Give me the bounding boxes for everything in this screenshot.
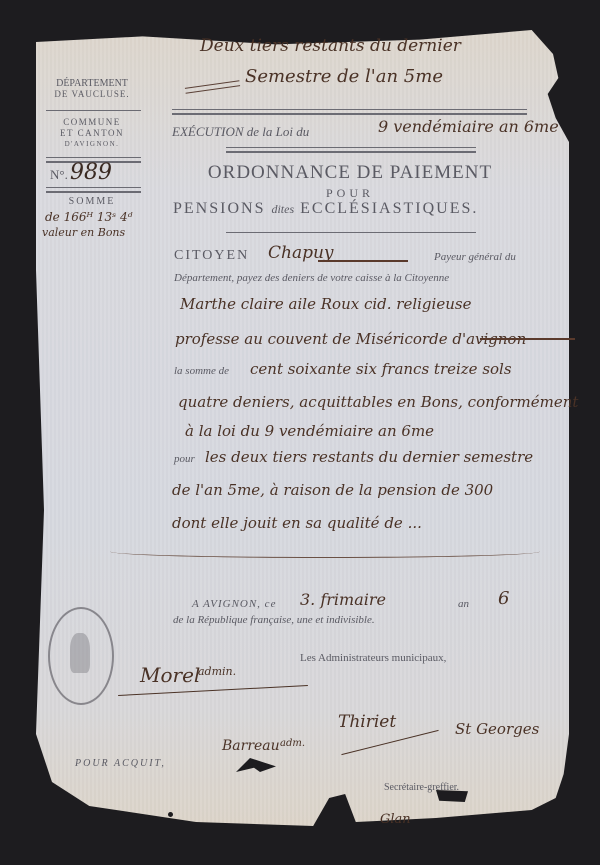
- number-label: N°.: [50, 167, 68, 183]
- body-line2: Département, payez des deniers de votre …: [174, 272, 449, 284]
- paper-hole: [168, 812, 173, 817]
- body-line5-label: la somme de: [174, 365, 229, 377]
- body-line7-handwritten: à la loi du 9 vendémiaire an 6me: [185, 422, 434, 440]
- left-divider-3: [46, 187, 141, 193]
- signature-morel-suffix: admin.: [198, 665, 236, 678]
- department-line2: DE VAUCLUSE.: [42, 89, 142, 99]
- commune-line1: COMMUNE: [42, 117, 142, 128]
- title-ecclesiastiques: ECCLÉSIASTIQUES.: [300, 200, 478, 217]
- execution-label: EXÉCUTION de la Loi du: [172, 124, 309, 140]
- somme-label: SOMME: [42, 196, 142, 207]
- signature-barreau: Barreau: [222, 738, 280, 754]
- department-line1: DÉPARTEMENT: [42, 78, 142, 89]
- place-label: A AVIGNON, ce: [192, 598, 276, 610]
- closing-flourish: [110, 545, 540, 558]
- title-divider: [226, 232, 476, 233]
- administrators-label: Les Administrateurs municipaux,: [300, 652, 446, 664]
- signature-secretary: Glan: [380, 812, 411, 827]
- number-value: 989: [70, 160, 112, 185]
- signature-st-georges: St Georges: [455, 720, 539, 738]
- an-label: an: [458, 598, 469, 610]
- year-handwritten: 6: [498, 588, 509, 609]
- title-line3: PENSIONS dites ECCLÉSIASTIQUES.: [173, 200, 478, 218]
- title-pensions: PENSIONS: [173, 200, 265, 217]
- stamp-figure-icon: [70, 633, 90, 673]
- body-line3-handwritten: Marthe claire aile Roux cid. religieuse: [180, 295, 471, 313]
- citoyen-label: CITOYEN: [174, 248, 249, 264]
- left-column: DÉPARTEMENT DE VAUCLUSE.: [42, 78, 142, 99]
- body-line5-handwritten: cent soixante six francs treize sols: [250, 360, 512, 378]
- signature-barreau-suffix: adm.: [280, 738, 305, 749]
- commune-line3: D'AVIGNON.: [42, 139, 142, 150]
- body-line9-handwritten: de l'an 5me, à raison de la pension de 3…: [172, 481, 493, 499]
- title-line1: ORDONNANCE DE PAIEMENT: [185, 162, 515, 184]
- republic-line: de la République française, une et indiv…: [173, 614, 375, 626]
- signature-thiriet: Thiriet: [338, 712, 396, 732]
- execution-divider: [226, 147, 476, 153]
- commune-block: COMMUNE ET CANTON D'AVIGNON.: [42, 117, 142, 150]
- somme-value-line2: valeur en Bons: [42, 226, 125, 239]
- header-handwritten-line2: Semestre de l'an 5me: [245, 66, 443, 87]
- name-underline: [318, 260, 408, 262]
- title-dites: dites: [271, 202, 294, 216]
- pour-acquit-label: POUR ACQUIT,: [75, 758, 166, 769]
- title-line2: POUR: [185, 186, 515, 201]
- header-divider: [172, 109, 527, 115]
- body-line4-handwritten: professe au couvent de Miséricorde d'avi…: [175, 330, 526, 348]
- paper-hole: [436, 790, 468, 802]
- somme-value-line1: de 166ᴴ 13ˢ 4ᵈ: [45, 210, 132, 224]
- left-divider-1: [46, 110, 141, 111]
- date-day-handwritten: 3. frimaire: [300, 590, 386, 609]
- municipal-stamp: [48, 607, 114, 705]
- body-line6-handwritten: quatre deniers, acquittables en Bons, co…: [178, 393, 578, 411]
- signature-morel: Morel: [140, 663, 200, 687]
- header-handwritten-line1: Deux tiers restants du dernier: [200, 36, 461, 56]
- body-line8-handwritten: les deux tiers restants du dernier semes…: [205, 448, 533, 466]
- line4-fill: [480, 338, 575, 340]
- body-line10-handwritten: dont elle jouit en sa qualité de ...: [172, 514, 422, 532]
- body-line8-label: pour: [174, 453, 195, 465]
- payeur-text: Payeur général du: [434, 251, 516, 263]
- execution-date-handwritten: 9 vendémiaire an 6me: [378, 117, 559, 136]
- commune-line2: ET CANTON: [42, 128, 142, 139]
